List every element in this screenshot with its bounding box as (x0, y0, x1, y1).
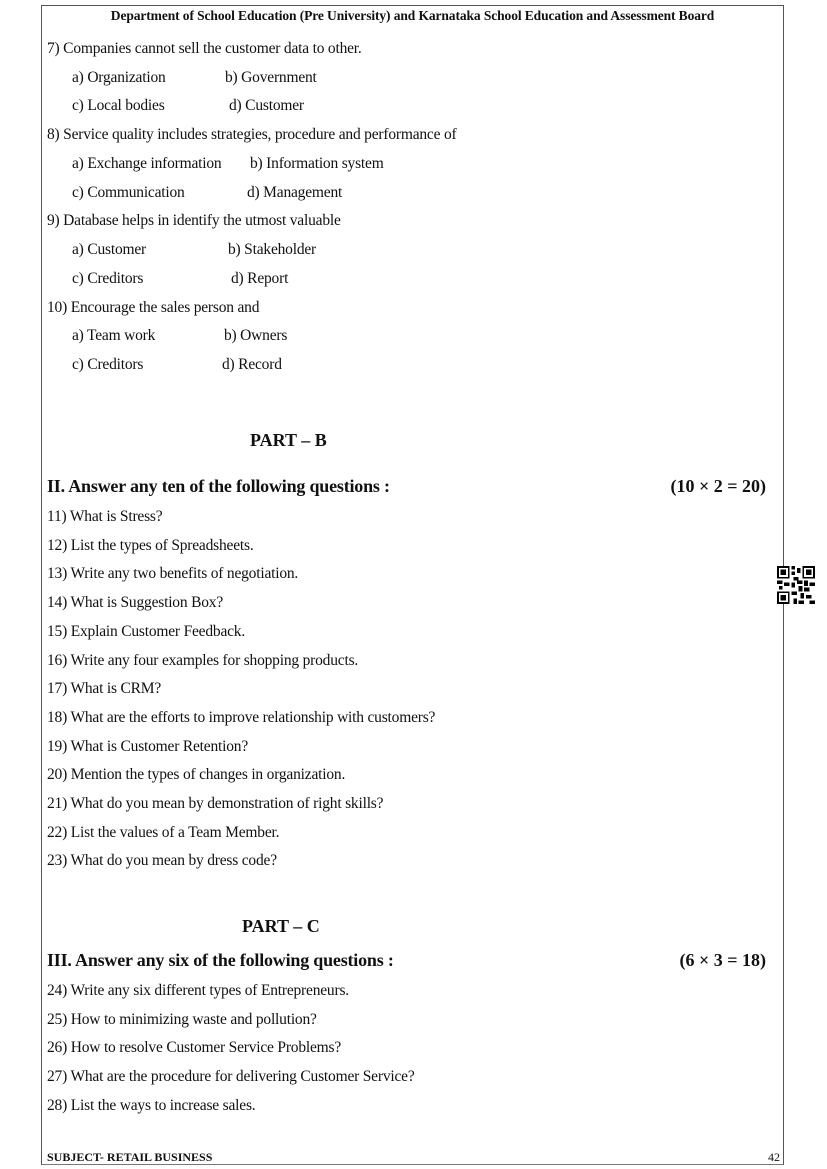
mcq-option: b) Stakeholder (228, 241, 316, 259)
question-item: 12) List the types of Spreadsheets. (47, 537, 254, 555)
question-item: 21) What do you mean by demonstration of… (47, 795, 383, 813)
part-c-title: PART – C (242, 916, 320, 937)
mcq-option: d) Record (222, 356, 282, 374)
question-item: 24) Write any six different types of Ent… (47, 982, 349, 1000)
qr-code-icon (777, 566, 815, 604)
mcq-option: c) Creditors (72, 270, 143, 288)
mcq-option: b) Owners (224, 327, 287, 345)
mcq-question-10: 10) Encourage the sales person and (47, 299, 259, 317)
question-item: 25) How to minimizing waste and pollutio… (47, 1011, 317, 1029)
page-number: 42 (768, 1150, 780, 1165)
mcq-option: c) Communication (72, 184, 185, 202)
mcq-option: c) Local bodies (72, 97, 165, 115)
part-b-title: PART – B (250, 430, 327, 451)
mcq-option: b) Government (225, 69, 317, 87)
question-item: 20) Mention the types of changes in orga… (47, 766, 345, 784)
mcq-option: d) Report (231, 270, 288, 288)
mcq-option: a) Exchange information (72, 155, 221, 173)
part-b-heading: II. Answer any ten of the following ques… (47, 476, 390, 497)
part-c-heading: III. Answer any six of the following que… (47, 950, 394, 971)
mcq-question-8: 8) Service quality includes strategies, … (47, 126, 456, 144)
mcq-option: a) Customer (72, 241, 146, 259)
question-item: 15) Explain Customer Feedback. (47, 623, 245, 641)
part-b-marks: (10 × 2 = 20) (670, 476, 766, 497)
question-item: 19) What is Customer Retention? (47, 738, 248, 756)
mcq-question-7: 7) Companies cannot sell the customer da… (47, 40, 362, 58)
question-item: 11) What is Stress? (47, 508, 162, 526)
question-item: 16) Write any four examples for shopping… (47, 652, 358, 670)
mcq-option: d) Customer (229, 97, 304, 115)
question-item: 28) List the ways to increase sales. (47, 1097, 255, 1115)
question-item: 18) What are the efforts to improve rela… (47, 709, 435, 727)
question-item: 22) List the values of a Team Member. (47, 824, 279, 842)
question-item: 27) What are the procedure for deliverin… (47, 1068, 415, 1086)
mcq-option: a) Organization (72, 69, 166, 87)
question-item: 23) What do you mean by dress code? (47, 852, 277, 870)
question-item: 13) Write any two benefits of negotiatio… (47, 565, 298, 583)
mcq-question-9: 9) Database helps in identify the utmost… (47, 212, 341, 230)
mcq-option: d) Management (247, 184, 342, 202)
footer-subject: SUBJECT- RETAIL BUSINESS (47, 1150, 212, 1165)
mcq-option: b) Information system (250, 155, 384, 173)
mcq-option: c) Creditors (72, 356, 143, 374)
question-item: 14) What is Suggestion Box? (47, 594, 223, 612)
page-header: Department of School Education (Pre Univ… (41, 8, 784, 24)
question-item: 17) What is CRM? (47, 680, 161, 698)
question-item: 26) How to resolve Customer Service Prob… (47, 1039, 341, 1057)
part-c-marks: (6 × 3 = 18) (679, 950, 766, 971)
mcq-option: a) Team work (72, 327, 155, 345)
